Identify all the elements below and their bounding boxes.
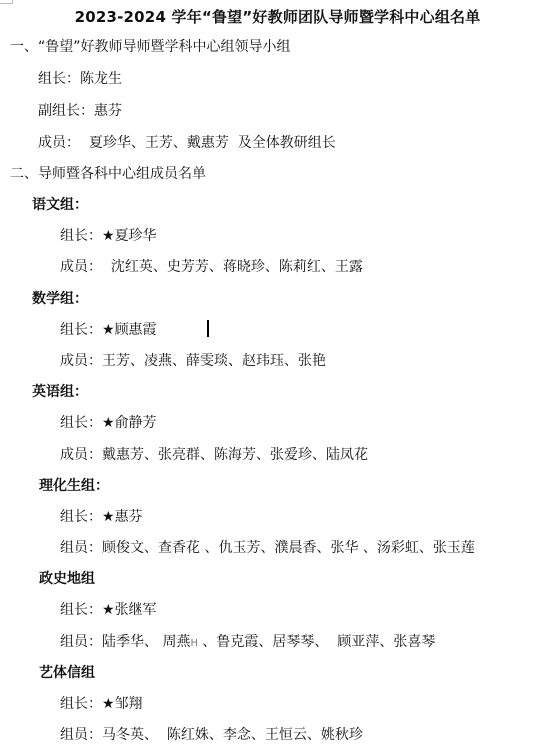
star-icon: ★ bbox=[102, 509, 115, 525]
group-chinese-members: 成员： 沈红英、史芳芳、蒋晓珍、陈莉红、王露 bbox=[60, 258, 363, 276]
leader-label: 组长： bbox=[60, 322, 102, 338]
page-corner-mark bbox=[0, 0, 13, 4]
document-title: 2023-2024 学年“鲁望”好教师团队导师暨学科中心组名单 bbox=[0, 6, 537, 27]
leader-line: 组长：陈龙生 bbox=[38, 70, 122, 88]
group-science-members: 组员：顾俊文、查香花 、仇玉芳、濮晨香、张华 、汤彩虹、张玉莲 bbox=[60, 539, 475, 557]
group-humanities-members: 组员：陆季华、 周燕H 、鲁克霞、居琴琴、 顾亚萍、张喜琴 bbox=[60, 633, 435, 653]
members-line: 成员： 夏珍华、王芳、戴惠芳 及全体教研组长 bbox=[38, 134, 336, 152]
group-chinese-leader: 组长：★夏珍华 bbox=[60, 227, 157, 245]
members-text: 组员：陆季华、 周燕 bbox=[60, 634, 190, 650]
star-icon: ★ bbox=[102, 602, 115, 618]
leader-label: 组长： bbox=[60, 602, 102, 618]
leader-name: 夏珍华 bbox=[115, 228, 157, 244]
group-science-title: 理化生组： bbox=[39, 477, 109, 495]
star-icon: ★ bbox=[102, 415, 115, 431]
leader-name: 惠芬 bbox=[115, 509, 143, 525]
star-icon: ★ bbox=[102, 228, 115, 244]
group-science-leader: 组长：★惠芬 bbox=[60, 508, 143, 526]
group-humanities-title: 政史地组 bbox=[39, 570, 95, 588]
leader-name: 邹翔 bbox=[115, 696, 143, 712]
group-math-members: 成员：王芳、凌燕、薛雯琰、赵玮珏、张艳 bbox=[60, 352, 326, 370]
leader-name: 俞静芳 bbox=[115, 415, 157, 431]
leader-name: 张继军 bbox=[115, 602, 157, 618]
group-chinese-title: 语文组： bbox=[32, 196, 88, 214]
leader-label: 组长： bbox=[60, 415, 102, 431]
group-math-leader: 组长：★顾惠霞 bbox=[60, 321, 157, 339]
leader-label: 组长： bbox=[60, 509, 102, 525]
deputy-leader-line: 副组长：惠芬 bbox=[38, 102, 122, 120]
leader-label: 组长： bbox=[60, 696, 102, 712]
group-english-leader: 组长：★俞静芳 bbox=[60, 414, 157, 432]
group-english-members: 成员：戴惠芳、张亮群、陈海芳、张爱珍、陆凤花 bbox=[60, 446, 368, 464]
section-1-heading: 一、“鲁望”好教师导师暨学科中心组领导小组 bbox=[10, 38, 291, 56]
group-arts-leader: 组长：★邹翔 bbox=[60, 695, 143, 713]
group-math-title: 数学组： bbox=[32, 290, 88, 308]
group-english-title: 英语组： bbox=[32, 383, 88, 401]
group-arts-members: 组员：马冬英、 陈红姝、李念、王恒云、姚秋珍 bbox=[60, 726, 363, 744]
text-cursor bbox=[207, 320, 209, 337]
section-2-heading: 二、导师暨各科中心组成员名单 bbox=[10, 165, 206, 183]
group-humanities-leader: 组长：★张继军 bbox=[60, 601, 157, 619]
leader-name: 顾惠霞 bbox=[115, 322, 157, 338]
star-icon: ★ bbox=[102, 696, 115, 712]
format-mark: H bbox=[190, 638, 198, 649]
members-text: 、鲁克霞、居琴琴、 顾亚萍、张喜琴 bbox=[198, 634, 435, 650]
leader-label: 组长： bbox=[60, 228, 102, 244]
group-arts-title: 艺体信组 bbox=[39, 664, 95, 682]
star-icon: ★ bbox=[102, 322, 115, 338]
